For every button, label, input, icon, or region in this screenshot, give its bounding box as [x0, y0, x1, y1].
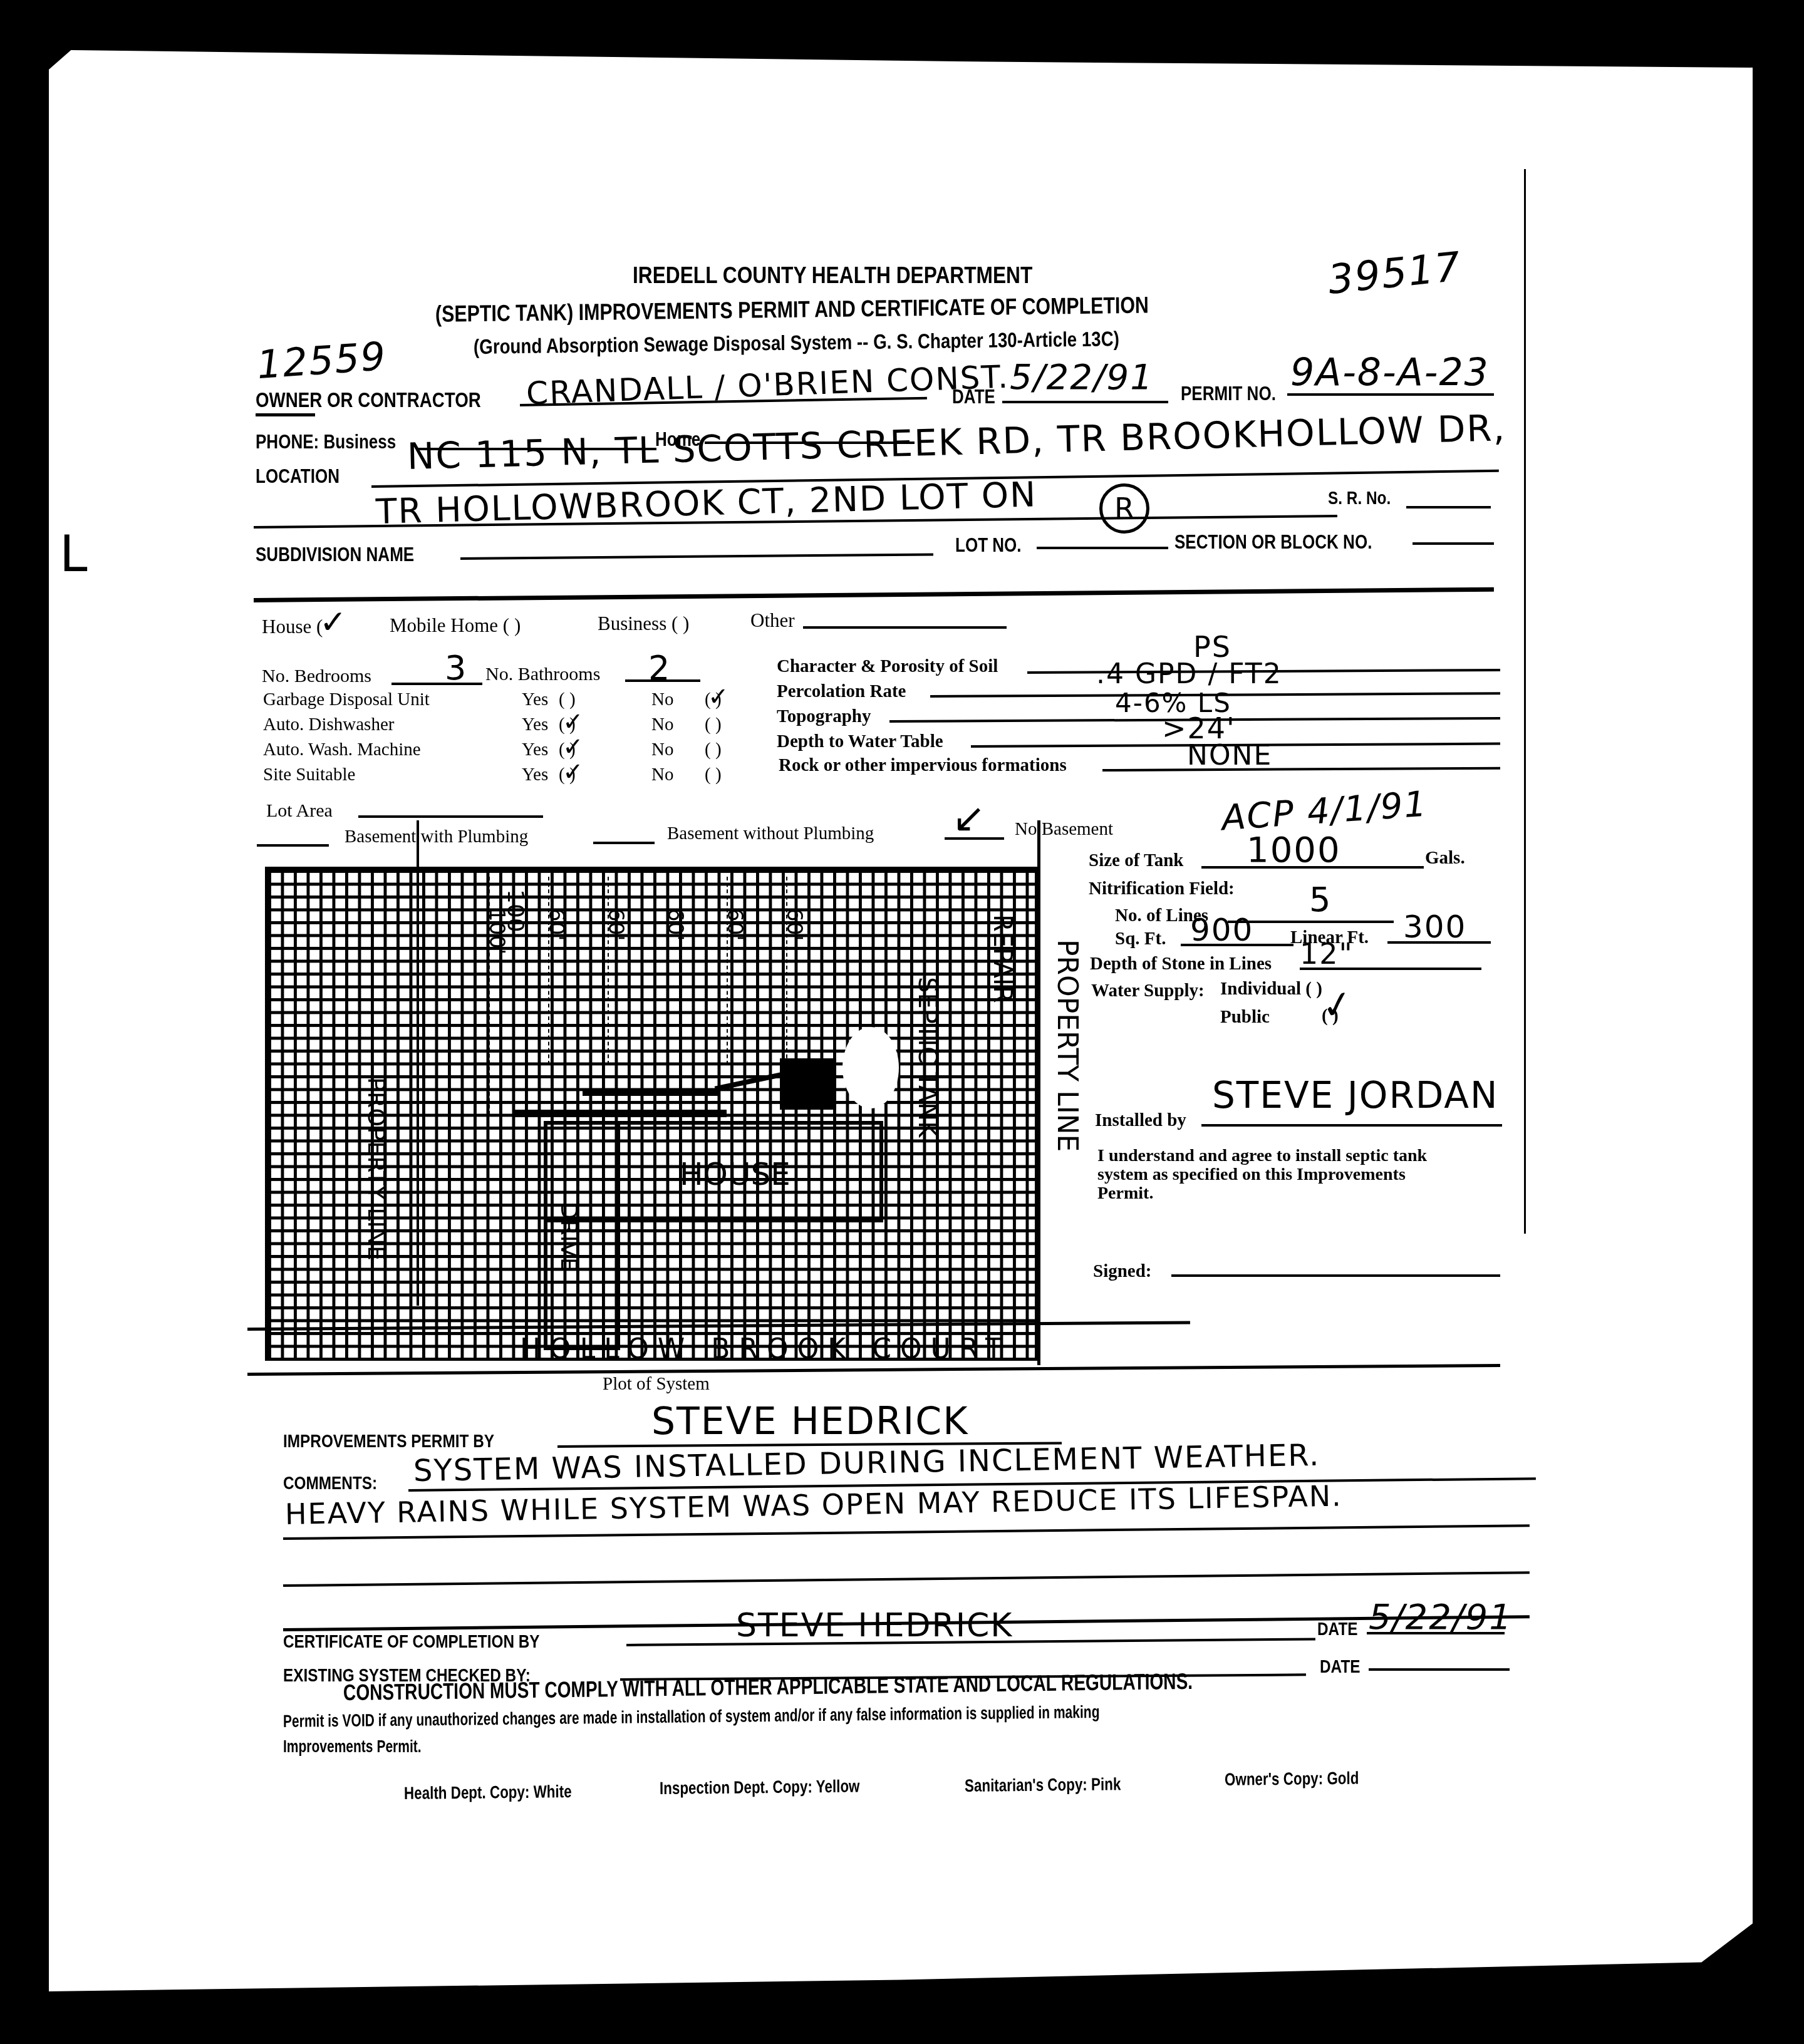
- installed-by-field: [1201, 1124, 1502, 1127]
- bathrooms-label: No. Bathrooms: [485, 665, 600, 684]
- lot-no-label: LOT NO.: [955, 535, 1022, 555]
- permit-by-value[interactable]: STEVE HEDRICK: [651, 1403, 969, 1440]
- bathrooms-field: [625, 679, 700, 682]
- water-individual-option[interactable]: Individual ( ): [1220, 980, 1322, 998]
- yes-label: Yes: [522, 766, 548, 784]
- water-table-label: Depth to Water Table: [777, 733, 943, 751]
- permit-no-value[interactable]: 9A-8-A-23: [1290, 354, 1490, 391]
- water-supply-label: Water Supply:: [1091, 982, 1205, 1000]
- signed-label: Signed:: [1093, 1262, 1151, 1281]
- water-public-check: ✓: [1319, 984, 1357, 1026]
- no-basement-label: No Basement: [1015, 820, 1113, 839]
- plot-label-drive: DRIVE: [557, 1202, 579, 1272]
- plot-label-house: HOUSE: [680, 1159, 791, 1190]
- lot-area-label: Lot Area: [266, 802, 333, 820]
- dwelling-item-label: Auto. Wash. Machine: [263, 741, 421, 759]
- checkmark-icon: ✓: [562, 735, 585, 760]
- checkmark-icon: ✓: [562, 760, 585, 785]
- tank-size-value[interactable]: 1000: [1247, 833, 1341, 868]
- owner-label: OWNER OR CONTRACTOR: [256, 390, 481, 410]
- plot-property-line-left: [417, 820, 419, 1306]
- certificate-date-value[interactable]: 5/22/91: [1369, 1600, 1513, 1635]
- plot-line-length-label: 100': [486, 908, 507, 954]
- basement-with-label: Basement with Plumbing: [345, 828, 528, 846]
- existing-date-label: DATE: [1320, 1658, 1361, 1676]
- no-label: No: [651, 741, 673, 759]
- soil-character-label: Character & Porosity of Soil: [777, 658, 998, 676]
- certificate-date-label: DATE: [1317, 1621, 1358, 1639]
- bedrooms-value[interactable]: 3: [445, 651, 467, 685]
- copy-health-dept: Health Dept. Copy: White: [404, 1783, 572, 1802]
- perc-rate-value[interactable]: .4 GPD / FT2: [1096, 661, 1282, 688]
- plot-line-length-label: 60': [724, 908, 745, 941]
- plot-line-length-label: 60': [546, 908, 567, 941]
- rock-label: Rock or other impervious formations: [779, 756, 1067, 775]
- house-checkbox[interactable]: ✓: [319, 606, 348, 639]
- plot-nitrification-line: [667, 877, 671, 1065]
- rock-value[interactable]: NONE: [1187, 742, 1272, 770]
- soil-character-value[interactable]: PS: [1193, 632, 1231, 661]
- copy-inspection-dept: Inspection Dept. Copy: Yellow: [660, 1778, 860, 1797]
- owner-underline: [256, 413, 315, 416]
- dwelling-item-label: Site Suitable: [263, 766, 355, 784]
- stone-depth-value[interactable]: 12": [1300, 939, 1354, 968]
- basement-with-field[interactable]: [257, 844, 329, 847]
- mobile-home-label[interactable]: Mobile Home ( ): [390, 616, 521, 635]
- no-label: No: [651, 716, 673, 734]
- lot-area-field[interactable]: [358, 815, 543, 818]
- owner-date-value[interactable]: 5/22/91: [1010, 360, 1154, 395]
- margin-line: [1524, 169, 1526, 1234]
- topography-label: Topography: [777, 708, 871, 726]
- stone-depth-field: [1300, 968, 1481, 970]
- yes-label: Yes: [522, 716, 548, 734]
- existing-date-field[interactable]: [1369, 1668, 1510, 1671]
- copy-owner: Owner's Copy: Gold: [1225, 1770, 1359, 1788]
- no-checkbox[interactable]: ( ): [705, 741, 722, 759]
- plot-nitrification-line: [786, 877, 790, 1065]
- plot-label-road: HOLLOW BROOK COURT: [520, 1336, 1011, 1363]
- installed-by-value[interactable]: STEVE JORDAN: [1212, 1077, 1498, 1113]
- certificate-value[interactable]: STEVE HEDRICK: [736, 1609, 1013, 1642]
- plot-distribution-line: [583, 1090, 720, 1096]
- section-label: SECTION OR BLOCK NO.: [1174, 532, 1372, 552]
- water-public-label: Public: [1220, 1008, 1270, 1026]
- plot-nitrification-line: [608, 877, 611, 1065]
- installed-by-label: Installed by: [1095, 1112, 1186, 1130]
- plot-label-repair: REPAIR: [990, 914, 1015, 1003]
- bedrooms-field: [391, 683, 482, 685]
- bedrooms-label: No. Bedrooms: [262, 667, 371, 686]
- no-checkbox[interactable]: ( ): [705, 766, 722, 784]
- nitrification-label: Nitrification Field:: [1089, 880, 1235, 898]
- tank-unit: Gals.: [1425, 849, 1465, 867]
- permit-no-label: PERMIT NO.: [1181, 384, 1276, 403]
- margin-mark: L: [60, 529, 89, 579]
- plot-nitrification-line: [548, 877, 552, 1065]
- location-label: LOCATION: [256, 467, 340, 486]
- owner-date-label: DATE: [952, 387, 995, 406]
- no-label: No: [651, 766, 673, 784]
- department-title: IREDELL COUNTY HEALTH DEPARTMENT: [633, 264, 1032, 287]
- agreement-line-1: I understand and agree to install septic…: [1097, 1147, 1427, 1165]
- certificate-date-field: [1367, 1632, 1505, 1634]
- owner-date-line: [1002, 401, 1168, 403]
- circled-side: R: [1099, 483, 1149, 534]
- yes-label: Yes: [522, 741, 548, 759]
- lot-no-field[interactable]: [1037, 547, 1168, 549]
- comments-label: COMMENTS:: [283, 1475, 377, 1493]
- house-label: House (: [262, 617, 323, 636]
- linear-ft-field: [1387, 941, 1491, 944]
- tank-size-field: [1201, 866, 1424, 869]
- subdivision-label: SUBDIVISION NAME: [256, 545, 414, 564]
- sr-no-field[interactable]: [1406, 506, 1491, 508]
- plot-line-length-label: 60': [665, 908, 686, 941]
- checkmark-icon: ✓: [708, 684, 730, 710]
- lines-value[interactable]: 5: [1309, 883, 1332, 917]
- sqft-label: Sq. Ft.: [1115, 930, 1166, 948]
- dwelling-item-label: Garbage Disposal Unit: [263, 691, 430, 709]
- basement-without-label: Basement without Plumbing: [667, 825, 874, 843]
- section-field[interactable]: [1413, 542, 1494, 545]
- stone-depth-label: Depth of Stone in Lines: [1090, 955, 1272, 973]
- other-label: Other: [750, 611, 795, 630]
- sr-no-label: S. R. No.: [1328, 490, 1391, 508]
- plot-label-property-line-left: PROPERTY LINE: [365, 1077, 388, 1261]
- no-checkbox[interactable]: ( ): [705, 716, 722, 734]
- plot-header-line: [514, 1110, 727, 1117]
- plot-nitrification-line: [727, 877, 730, 1065]
- agreement-line-2: system as specified on this Improvements: [1097, 1166, 1406, 1184]
- no-basement-check: ↙: [952, 798, 987, 839]
- other-field[interactable]: [803, 626, 1007, 629]
- business-label[interactable]: Business ( ): [598, 614, 689, 633]
- plot-line-length-label: 60': [784, 908, 805, 941]
- plot-smudge: [842, 1027, 899, 1108]
- certificate-label: CERTIFICATE OF COMPLETION BY: [283, 1633, 540, 1651]
- basement-without-field[interactable]: [593, 842, 655, 844]
- plot-caption: Plot of System: [603, 1375, 710, 1393]
- checkmark-icon: ✓: [562, 710, 585, 735]
- permit-by-label: IMPROVEMENTS PERMIT BY: [283, 1433, 494, 1451]
- left-number: 12559: [256, 337, 388, 385]
- dwelling-item-label: Auto. Dishwasher: [263, 716, 394, 734]
- agreement-line-3: Permit.: [1097, 1185, 1153, 1202]
- water-table-value[interactable]: >24': [1162, 714, 1236, 743]
- sqft-field: [1181, 944, 1293, 946]
- sqft-value[interactable]: 900: [1190, 914, 1253, 946]
- yes-label: Yes: [522, 691, 548, 709]
- plot-property-line-right: [1037, 820, 1040, 1365]
- plot-label-property-line-right: PROPERTY LINE: [1053, 939, 1081, 1152]
- copy-sanitarian: Sanitarian's Copy: Pink: [965, 1775, 1121, 1795]
- tank-size-label: Size of Tank: [1089, 852, 1184, 870]
- plot-septic-tank: [780, 1058, 836, 1110]
- plot-label-septic-tank: SEPTIC TANK: [915, 977, 940, 1138]
- signed-field[interactable]: [1171, 1274, 1500, 1277]
- plot-line-length-label: 60': [605, 908, 626, 941]
- yes-checkbox[interactable]: ( ): [559, 691, 576, 709]
- phone-business-label: PHONE: Business: [256, 432, 396, 452]
- perc-rate-label: Percolation Rate: [777, 683, 906, 701]
- permit-no-line: [1287, 393, 1494, 396]
- void-notice-line-2: Improvements Permit.: [283, 1738, 422, 1755]
- no-label: No: [651, 691, 673, 709]
- linear-ft-value[interactable]: 300: [1403, 911, 1466, 942]
